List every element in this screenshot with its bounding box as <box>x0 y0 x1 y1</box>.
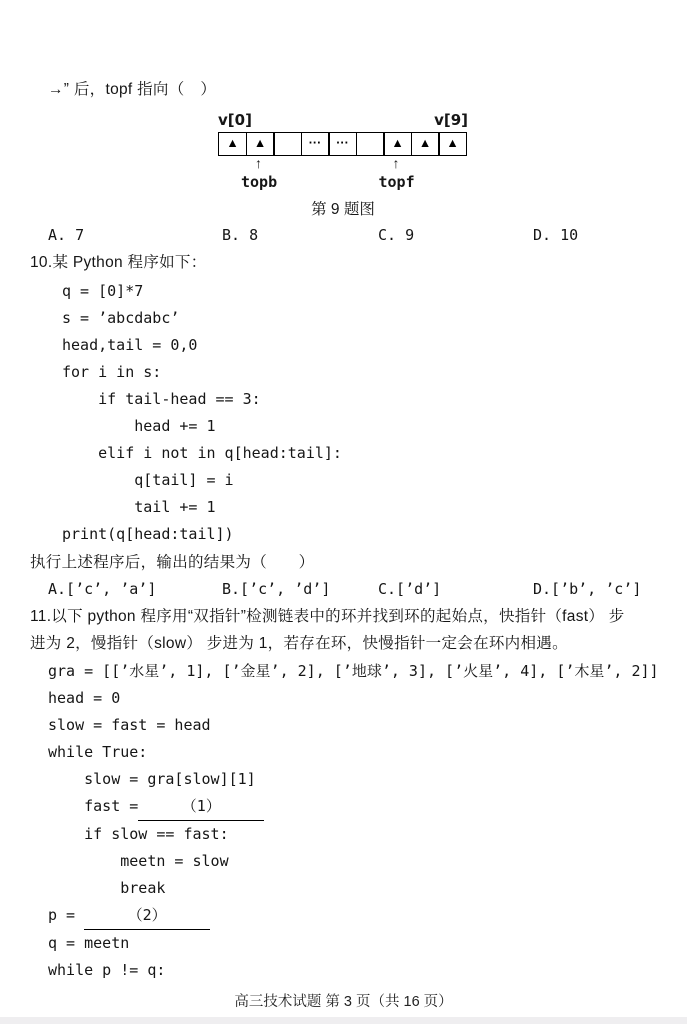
code-text: q = meetn <box>48 934 129 952</box>
code-text: q[tail] = i <box>62 471 234 489</box>
code-line: head = 0 <box>48 685 669 712</box>
code-text: for i in s: <box>62 363 161 381</box>
option-c: C.[’d’] <box>378 576 533 603</box>
array-cell-empty <box>273 132 302 156</box>
code-text: print(q[head:tail]) <box>62 525 234 543</box>
page-content: →” 后，topf 指向（ ） v[0] v[9] ▲▲······▲▲▲ ↑t… <box>30 76 669 984</box>
q11-intro-line1: 11.以下 python 程序用“双指针”检测链表中的环并找到环的起始点，快指针… <box>30 603 670 630</box>
array-index-labels: v[0] v[9] <box>218 111 468 132</box>
array-cell-filled: ▲ <box>383 132 412 156</box>
q10-question: 执行上述程序后，输出的结果为（ ） <box>30 549 669 576</box>
q10-intro: 10.某 Python 程序如下： <box>30 249 669 276</box>
code-text: tail += 1 <box>62 498 216 516</box>
code-text: meetn = slow <box>48 852 229 870</box>
code-text: break <box>48 879 165 897</box>
page-footer: 高三技术试题 第 3 页（共 16 页） <box>0 990 687 1011</box>
array-label-v0: v[0] <box>218 111 252 132</box>
q10-options-row: A.[’c’, ’a’]B.[’c’, ’d’]C.[’d’]D.[’b’, ’… <box>48 576 669 603</box>
code-line: while p != q: <box>48 957 669 984</box>
code-line: meetn = slow <box>48 848 669 875</box>
option-a: A.[’c’, ’a’] <box>48 576 222 603</box>
code-text: head,tail = 0,0 <box>62 336 197 354</box>
array-cell-empty <box>356 132 385 156</box>
option-b: B.[’c’, ’d’] <box>222 576 378 603</box>
code-line: q = meetn <box>48 930 669 957</box>
code-line: q = [0]*7 <box>62 278 669 305</box>
code-text: if slow == fast: <box>48 825 229 843</box>
fill-in-blank: （2） <box>84 902 210 930</box>
code-text: slow = fast = head <box>48 716 211 734</box>
code-line: for i in s: <box>62 359 669 386</box>
code-line: q[tail] = i <box>62 467 669 494</box>
q11-intro-line2: 进为 2，慢指针（slow） 步进为 1，若存在环，快慢指针一定会在环内相遇。 <box>30 630 670 657</box>
code-line: elif i not in q[head:tail]: <box>62 440 669 467</box>
code-line: tail += 1 <box>62 494 669 521</box>
topb-pointer-label: topb <box>241 173 277 191</box>
code-text: while True: <box>48 743 147 761</box>
topb-pointer-arrow-icon: ↑ <box>255 155 262 171</box>
code-line: s = ’abcdabc’ <box>62 305 669 332</box>
array-cells: ▲▲······▲▲▲ <box>218 132 468 156</box>
q9-options-row: A. 7B. 8C. 9D. 10 <box>48 222 669 249</box>
q9-prompt: →” 后，topf 指向（ ） <box>48 76 669 103</box>
code-text: gra = [[’水星’, 1], [’金星’, 2], [’地球’, 3], … <box>48 662 659 680</box>
code-text: s = ’abcdabc’ <box>62 309 179 327</box>
array-cell-filled: ▲ <box>411 132 440 156</box>
code-text: p = <box>48 906 84 924</box>
code-line: print(q[head:tail]) <box>62 521 669 548</box>
array-cell-ellipsis: ··· <box>328 132 357 156</box>
topf-pointer-label: topf <box>379 173 415 191</box>
array-cell-filled: ▲ <box>246 132 275 156</box>
code-text: while p != q: <box>48 961 165 979</box>
code-line: break <box>48 875 669 902</box>
option-b: B. 8 <box>222 222 378 249</box>
code-line: gra = [[’水星’, 1], [’金星’, 2], [’地球’, 3], … <box>48 658 669 685</box>
code-line: head,tail = 0,0 <box>62 332 669 359</box>
array-pointers: ↑topb↑topf <box>218 156 468 196</box>
array-cell-filled: ▲ <box>438 132 467 156</box>
code-line: fast =（1） <box>48 793 669 821</box>
code-text: q = [0]*7 <box>62 282 143 300</box>
array-cell-filled: ▲ <box>218 132 247 156</box>
code-text: head = 0 <box>48 689 120 707</box>
topf-pointer-arrow-icon: ↑ <box>393 155 400 171</box>
code-text: elif i not in q[head:tail]: <box>62 444 342 462</box>
code-line: head += 1 <box>62 413 669 440</box>
option-c: C. 9 <box>378 222 533 249</box>
code-line: slow = gra[slow][1] <box>48 766 669 793</box>
code-line: slow = fast = head <box>48 712 669 739</box>
option-d: D.[’b’, ’c’] <box>533 576 641 603</box>
code-line: if tail-head == 3: <box>62 386 669 413</box>
code-text: if tail-head == 3: <box>62 390 261 408</box>
array-label-v9: v[9] <box>434 111 468 132</box>
q10-code-block: q = [0]*7s = ’abcdabc’head,tail = 0,0for… <box>62 278 669 548</box>
code-text: slow = gra[slow][1] <box>48 770 256 788</box>
page-bottom-edge <box>0 1017 687 1024</box>
array-cell-ellipsis: ··· <box>301 132 330 156</box>
fill-in-blank: （1） <box>138 793 264 821</box>
code-line: if slow == fast: <box>48 821 669 848</box>
option-a: A. 7 <box>48 222 222 249</box>
q11-code-block: gra = [[’水星’, 1], [’金星’, 2], [’地球’, 3], … <box>48 658 669 984</box>
code-text: fast = <box>48 797 138 815</box>
figure-caption: 第 9 题图 <box>218 197 468 222</box>
code-text: head += 1 <box>62 417 216 435</box>
exam-page: { "page": { "footer": "高三技术试题 第 3 页（共 16… <box>0 0 687 1024</box>
code-line: while True: <box>48 739 669 766</box>
q9-array-figure: v[0] v[9] ▲▲······▲▲▲ ↑topb↑topf 第 9 题图 <box>218 111 468 222</box>
option-d: D. 10 <box>533 222 578 249</box>
code-line: p = （2） <box>48 902 669 930</box>
